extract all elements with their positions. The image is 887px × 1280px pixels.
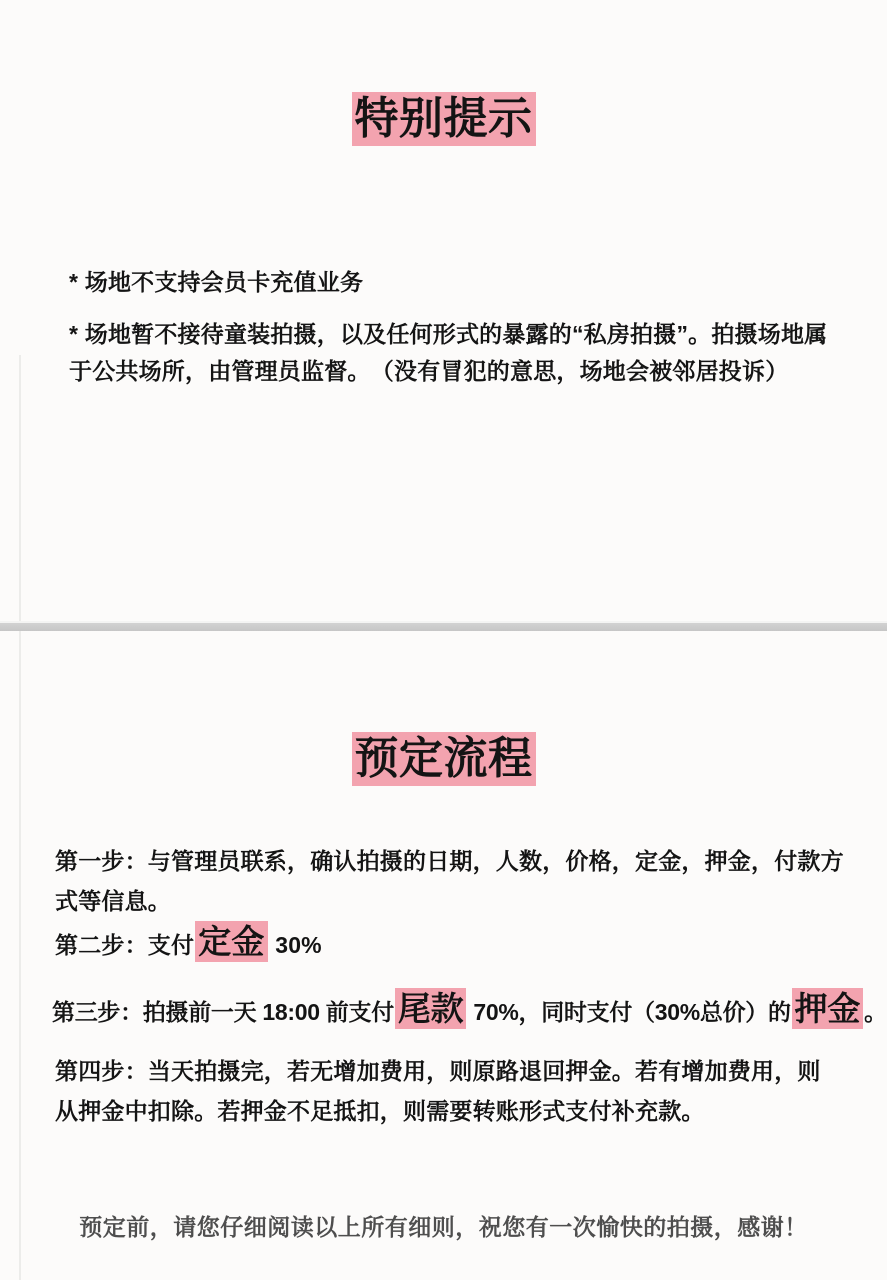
section-divider — [0, 621, 887, 631]
booking-notice-page: 特别提示 * 场地不支持会员卡充值业务 * 场地暂不接待童装拍摄，以及任何形式的… — [0, 0, 887, 1280]
notice-bullet-restrictions: * 场地暂不接待童装拍摄，以及任何形式的暴露的“私房拍摄”。拍摄场地属 于公共场… — [69, 316, 827, 390]
step-3-pay-balance: 第三步：拍摄前一天 18:00 前支付尾款 70%，同时支付（30%总价）的押金… — [52, 989, 887, 1034]
security-deposit-highlight: 押金 — [792, 988, 863, 1029]
step-2-text: 第二步：支付 — [55, 932, 194, 958]
booking-process-title: 预定流程 — [352, 732, 536, 786]
notice-bullet-restrictions-line-1: * 场地暂不接待童装拍摄，以及任何形式的暴露的“私房拍摄”。拍摄场地属 — [69, 316, 827, 353]
deposit-highlight: 定金 — [195, 921, 267, 962]
step-4-refund-rules: 第四步：当天拍摄完，若无增加费用，则原路退回押金。若有增加费用，则 从押金中扣除… — [55, 1051, 821, 1131]
notice-bullet-membership: * 场地不支持会员卡充值业务 — [69, 263, 363, 301]
footer-thank-you-note: 预定前，请您仔细阅读以上所有细则，祝您有一次愉快的拍摄，感谢！ — [0, 1212, 887, 1242]
balance-highlight: 尾款 — [395, 988, 466, 1029]
special-notice-title: 特别提示 — [352, 92, 536, 146]
step-2-pay-deposit: 第二步：支付定金 30% — [55, 922, 322, 967]
step-2-percent: 30% — [269, 932, 322, 958]
step-3-text-3: 。 — [864, 999, 887, 1025]
step-3-text-2: 70%，同时支付（30%总价）的 — [467, 999, 790, 1025]
paper-edge-artifact — [19, 355, 21, 1280]
step-1-line-1: 第一步：与管理员联系，确认拍摄的日期，人数，价格，定金，押金，付款方 — [55, 841, 844, 881]
step-1-line-2: 式等信息。 — [55, 881, 844, 921]
step-3-text-1: 第三步：拍摄前一天 18:00 前支付 — [52, 999, 394, 1025]
step-4-line-2: 从押金中扣除。若押金不足抵扣，则需要转账形式支付补充款。 — [55, 1091, 821, 1131]
notice-bullet-restrictions-line-2: 于公共场所，由管理员监督。 （没有冒犯的意思，场地会被邻居投诉） — [69, 353, 827, 390]
step-4-line-1: 第四步：当天拍摄完，若无增加费用，则原路退回押金。若有增加费用，则 — [55, 1051, 821, 1091]
step-1-contact-admin: 第一步：与管理员联系，确认拍摄的日期，人数，价格，定金，押金，付款方 式等信息。 — [55, 841, 844, 921]
